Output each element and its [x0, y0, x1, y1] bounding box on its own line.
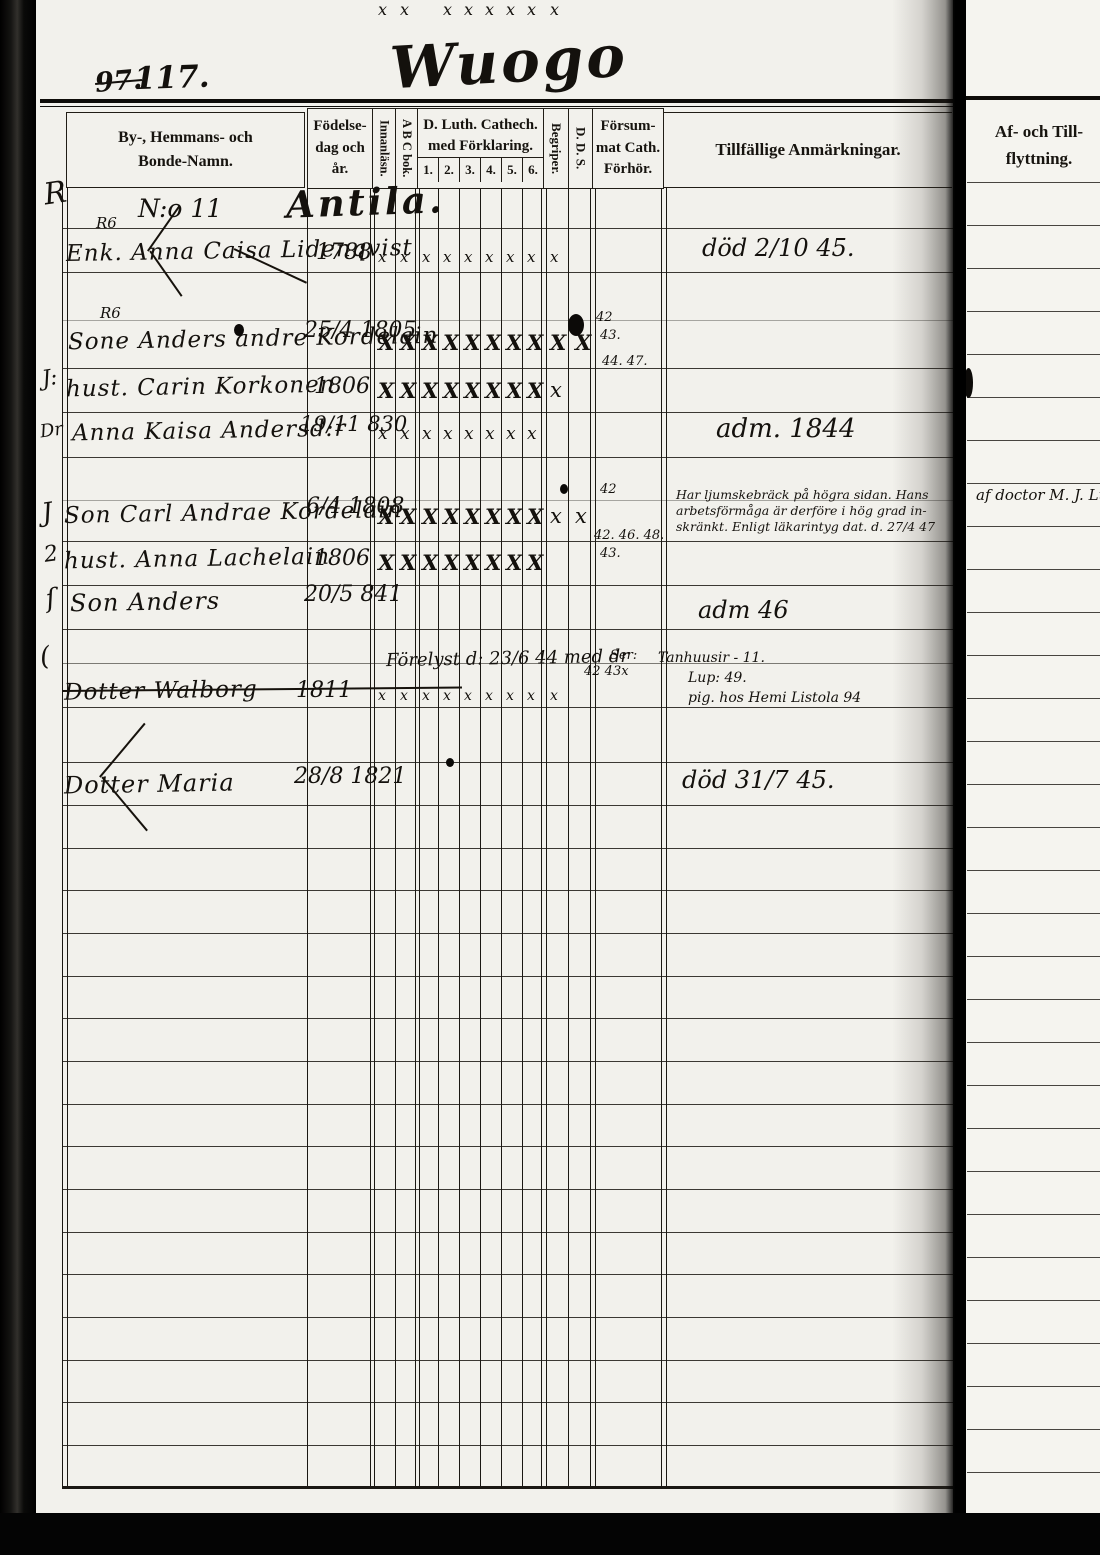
row-remark: död 31/7 45.: [682, 766, 835, 794]
attendance-mark: X: [464, 550, 480, 575]
attendance-mark: x: [550, 378, 562, 402]
attendance-mark: X: [400, 378, 416, 403]
forsummat-note: 42: [596, 310, 613, 325]
row-birth-date: 19/11 830: [300, 412, 407, 436]
ruled-line-right: [967, 870, 1100, 871]
header-birth-line1: Födelse-: [313, 116, 366, 138]
row-remark-line: pig. hos Hemi Listola 94: [688, 690, 861, 706]
attendance-mark: X: [527, 330, 543, 355]
attendance-mark: X: [506, 550, 522, 575]
ruled-line-right: [967, 1257, 1100, 1258]
header-cathech-col-4: 4.: [480, 158, 501, 181]
attendance-mark: x: [575, 504, 587, 528]
attendance-mark: X: [422, 330, 438, 355]
ruled-line: [62, 1146, 953, 1147]
row-name: Son Anders: [70, 587, 221, 618]
attendance-mark: x: [400, 424, 410, 444]
ruled-line-right: [967, 225, 1100, 226]
attendance-mark: X: [378, 330, 394, 355]
right-page-top-rule: [966, 96, 1100, 100]
ruled-line: [62, 629, 953, 630]
attendance-mark: x: [422, 688, 430, 704]
row-birth-date: 1811: [296, 678, 352, 703]
ruled-line-right: [967, 354, 1100, 355]
ruled-line-right: [967, 483, 1100, 484]
ruled-line-right: [967, 1214, 1100, 1215]
header-cathech-line2: med Förklaring.: [428, 136, 533, 157]
header-begriper-column: Begriper.: [543, 108, 569, 189]
forsummat-note: 44. 47.: [602, 354, 647, 369]
header-cathech-line1: D. Luth. Cathech.: [423, 115, 538, 136]
ruled-line-right: [967, 612, 1100, 613]
row-remark-line: Tanhuusir - 11.: [658, 650, 765, 666]
row-name: hust. Anna Lachelain: [64, 544, 331, 575]
farm-name: Antila.: [285, 177, 445, 227]
attendance-mark: x: [485, 0, 494, 19]
attendance-mark: x: [464, 424, 474, 444]
ledger-right-page: [966, 0, 1100, 1513]
attendance-mark: X: [527, 504, 543, 529]
attendance-mark: X: [443, 504, 459, 529]
farm-number: N:o 11: [138, 194, 222, 223]
forsummat-note: Ser:: [610, 648, 637, 663]
ruled-line: [62, 848, 953, 849]
ruled-line-right: [967, 1343, 1100, 1344]
attendance-mark: x: [422, 424, 432, 444]
attendance-mark: X: [400, 504, 416, 529]
title-rule: [40, 99, 953, 103]
attendance-mark: x: [506, 0, 515, 19]
ruled-line-right: [967, 827, 1100, 828]
attendance-mark: X: [485, 504, 501, 529]
forsummat-note: 42 43x: [584, 664, 629, 679]
header-abc-bok-column: A B C bok.: [395, 108, 418, 189]
ruled-line: [62, 805, 953, 806]
header-name-line1: By-, Hemmans- och: [118, 126, 253, 150]
ruled-line-right: [967, 913, 1100, 914]
book-bottom-edge: [0, 1513, 1100, 1555]
attendance-mark: X: [485, 550, 501, 575]
row-birth-date: 20/5 841: [304, 582, 402, 607]
ink-blot: [568, 314, 584, 336]
attendance-mark: x: [485, 424, 495, 444]
header-forsummat-line2: mat Cath.: [596, 138, 660, 160]
ruled-line-right: [967, 1171, 1100, 1172]
header-flyttning-line2: flyttning.: [978, 145, 1100, 172]
ruled-line: [62, 1018, 953, 1019]
ruled-line-right: [967, 655, 1100, 656]
ruled-line: [62, 368, 953, 369]
attendance-mark: x: [378, 0, 387, 19]
ruled-line: [62, 320, 953, 321]
row-remark: adm 46: [698, 596, 789, 624]
column-line: [661, 188, 662, 1486]
ruled-line: [62, 272, 953, 273]
ruled-line: [62, 1061, 953, 1062]
ruled-line: [62, 762, 953, 763]
ruled-line-right: [967, 784, 1100, 785]
header-innanlasn-label: Innanläsn.: [377, 120, 392, 177]
column-line: [666, 188, 667, 1486]
margin-mark: Dr: [39, 418, 65, 442]
column-line: [595, 188, 596, 1486]
header-name-column: By-, Hemmans- och Bonde-Namn.: [66, 112, 305, 188]
ruled-line: [62, 976, 953, 977]
attendance-mark: X: [464, 504, 480, 529]
ruled-line: [62, 1189, 953, 1190]
attendance-mark: x: [378, 688, 386, 704]
header-dds-label: D. D. S.: [573, 127, 589, 169]
column-line: [419, 188, 420, 1486]
ruled-line-right: [967, 569, 1100, 570]
row-remark-line: Lup: 49.: [688, 670, 747, 686]
ruled-line-right: [967, 268, 1100, 269]
attendance-mark: X: [506, 330, 522, 355]
ruled-line-right: [967, 311, 1100, 312]
attendance-mark: X: [506, 378, 522, 403]
attendance-mark: x: [506, 688, 514, 704]
header-birth-line3: år.: [332, 159, 349, 181]
ruled-line: [62, 1445, 953, 1446]
ruled-line: [62, 541, 953, 542]
attendance-mark: x: [550, 688, 558, 704]
attendance-mark: X: [400, 330, 416, 355]
header-flyttning-line1: Af- och Till-: [978, 118, 1100, 145]
forsummat-note: 43.: [600, 546, 621, 561]
ruled-line-right: [967, 440, 1100, 441]
attendance-mark: X: [443, 550, 459, 575]
column-line: [374, 188, 375, 1486]
attendance-mark: x: [378, 248, 386, 266]
attendance-mark: X: [485, 330, 501, 355]
attendance-mark: X: [550, 330, 566, 355]
ruled-line-right: [967, 956, 1100, 957]
attendance-mark: x: [464, 688, 472, 704]
attendance-mark: X: [422, 550, 438, 575]
attendance-mark: x: [485, 248, 493, 266]
row-remark-line: arbetsförmåga är derföre i hög grad in-: [676, 503, 927, 518]
row-birth-date: 1806: [314, 546, 370, 571]
attendance-mark: x: [550, 504, 562, 528]
attendance-mark: X: [422, 504, 438, 529]
attendance-mark: x: [400, 248, 408, 266]
column-line: [62, 188, 63, 1486]
attendance-mark: x: [527, 688, 535, 704]
attendance-mark: x: [485, 688, 493, 704]
ruled-line-right: [967, 1300, 1100, 1301]
header-forsummat-line1: Försum-: [601, 116, 656, 138]
ruled-line-right: [967, 999, 1100, 1000]
row-birth-date: 1806: [314, 374, 370, 399]
attendance-mark: x: [464, 0, 473, 19]
column-line: [546, 188, 547, 1486]
ledger-left-page: [36, 0, 953, 1513]
column-line: [590, 188, 591, 1486]
ruled-line-right: [967, 698, 1100, 699]
header-cathech-col-6: 6.: [522, 158, 543, 181]
flyttning-note: af doctor M. J. Lu: [976, 486, 1100, 504]
ruled-line-right: [967, 1386, 1100, 1387]
attendance-mark: X: [527, 550, 543, 575]
ruled-line: [62, 933, 953, 934]
table-bottom-border: [62, 1486, 953, 1489]
attendance-mark: X: [506, 504, 522, 529]
attendance-mark: x: [400, 688, 408, 704]
attendance-mark: X: [485, 378, 501, 403]
attendance-mark: X: [378, 504, 394, 529]
forsummat-note: 42. 46. 48.: [594, 528, 664, 543]
attendance-mark: x: [464, 248, 472, 266]
row-remark: adm. 1844: [716, 414, 856, 444]
attendance-mark: X: [378, 550, 394, 575]
row-margin-note: R6: [100, 304, 121, 322]
attendance-mark: x: [506, 248, 514, 266]
header-abc-bok-label: A B C bok.: [399, 119, 414, 177]
header-flyttning-column: Af- och Till- flyttning.: [978, 118, 1100, 172]
attendance-mark: x: [550, 248, 558, 266]
row-birth-date: 1788: [316, 240, 372, 265]
header-dds-column: D. D. S.: [568, 108, 593, 189]
header-cathech-col-3: 3.: [459, 158, 480, 181]
ruled-line: [62, 1402, 953, 1403]
row-remark-line: Har ljumskebräck på högra sidan. Hans: [676, 487, 929, 502]
attendance-mark: X: [422, 378, 438, 403]
attendance-mark: x: [400, 0, 409, 19]
ruled-line-right: [967, 741, 1100, 742]
ruled-line-right: [967, 397, 1100, 398]
header-innanlasn-column: Innanläsn.: [372, 108, 396, 189]
ruled-line: [62, 707, 953, 708]
ruled-line: [62, 1317, 953, 1318]
header-anmarkningar-label: Tillfällige Anmärkningar.: [715, 140, 900, 160]
ruled-line: [62, 890, 953, 891]
forsummat-note: 43.: [600, 328, 621, 343]
attendance-mark: x: [422, 248, 430, 266]
row-remark: död 2/10 45.: [702, 234, 855, 262]
ruled-line-right: [967, 1042, 1100, 1043]
attendance-mark: x: [443, 0, 452, 19]
attendance-mark: X: [443, 330, 459, 355]
header-name-line2: Bonde-Namn.: [138, 150, 233, 174]
attendance-mark: x: [550, 0, 559, 19]
row-name: hust. Carin Korkonen: [66, 372, 336, 403]
margin-mark: J:: [40, 365, 59, 392]
header-forsummat-line3: Förhör.: [604, 159, 652, 181]
header-begriper-label: Begriper.: [548, 123, 564, 174]
page-number: 117.: [133, 59, 210, 98]
header-cathech-col-5: 5.: [501, 158, 522, 181]
ruled-line-right: [967, 526, 1100, 527]
row-name: Dotter Maria: [64, 769, 235, 800]
attendance-mark: X: [400, 550, 416, 575]
page-title-handwritten: Wuogo: [388, 22, 629, 102]
attendance-mark: x: [506, 424, 516, 444]
column-line: [568, 188, 569, 1486]
attendance-mark: X: [527, 378, 543, 403]
row-birth-date: 28/8 1821: [294, 764, 406, 789]
ruled-line: [62, 1104, 953, 1105]
ruled-line: [62, 457, 953, 458]
ruled-line-right: [967, 1472, 1100, 1473]
book-gutter: [892, 0, 966, 1513]
attendance-mark: x: [443, 248, 451, 266]
attendance-mark: x: [527, 248, 535, 266]
book-binding-edge: [0, 0, 36, 1555]
header-birth-column: Födelse- dag och år.: [307, 108, 373, 189]
ruled-line: [62, 1232, 953, 1233]
ruled-line: [62, 585, 953, 586]
row-margin-note: R6: [96, 214, 117, 232]
ruled-line: [62, 1360, 953, 1361]
ink-blot: [560, 484, 568, 494]
ruled-line-right: [967, 182, 1100, 183]
ruled-line-right: [967, 1128, 1100, 1129]
attendance-mark: x: [443, 424, 453, 444]
ruled-line: [62, 228, 953, 229]
attendance-mark: x: [527, 0, 536, 19]
ink-blot: [446, 758, 454, 767]
ink-blot: [234, 324, 244, 336]
attendance-mark: x: [378, 424, 388, 444]
attendance-mark: X: [378, 378, 394, 403]
margin-mark: R: [42, 175, 69, 213]
ruled-line-right: [967, 1085, 1100, 1086]
attendance-mark: X: [464, 378, 480, 403]
attendance-mark: x: [443, 688, 451, 704]
attendance-mark: X: [443, 378, 459, 403]
forsummat-note: 42: [600, 482, 617, 497]
ruled-line: [62, 412, 953, 413]
attendance-mark: x: [527, 424, 537, 444]
attendance-mark: X: [464, 330, 480, 355]
column-line: [370, 188, 371, 1486]
header-birth-line2: dag och: [315, 138, 365, 160]
header-forsummat-column: Försum- mat Cath. Förhör.: [592, 108, 664, 189]
scanned-ledger-page: 97. 117. Wuogo By-, Hemmans- och Bonde-N…: [0, 0, 1100, 1555]
column-line: [395, 188, 396, 1486]
ruled-line: [62, 1274, 953, 1275]
ruled-line-right: [967, 1429, 1100, 1430]
